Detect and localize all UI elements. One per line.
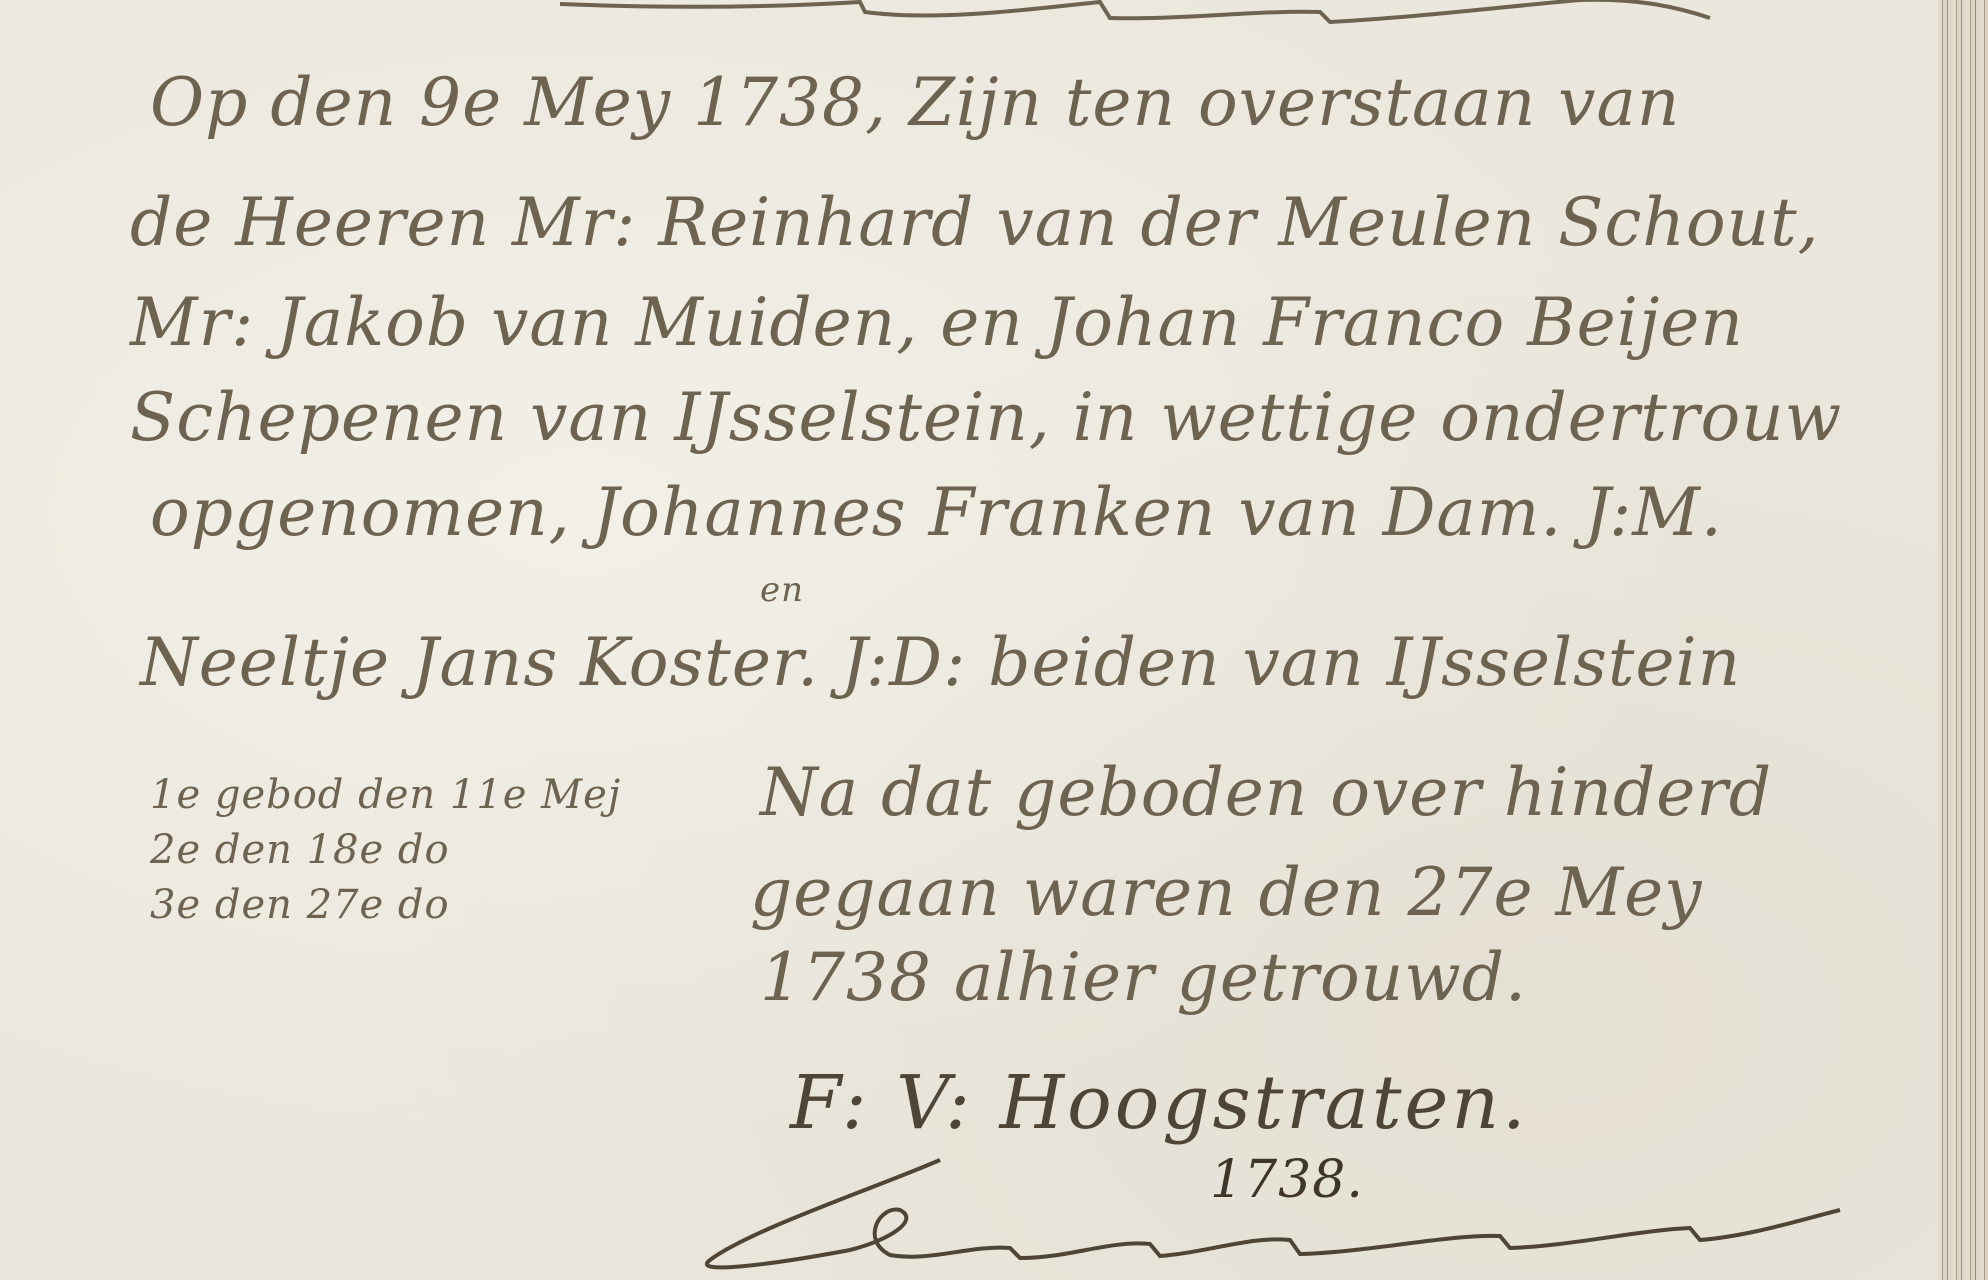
banns-line-1: 1e gebod den 11e Mej <box>150 775 621 815</box>
signature-flourish <box>690 1140 1870 1280</box>
entry-line-1: Op den 9e Mey 1738, Zijn ten overstaan v… <box>150 70 1680 136</box>
top-flourish <box>560 0 1740 40</box>
book-page-edge <box>1938 0 1988 1280</box>
marriage-note-line-3: 1738 alhier getrouwd. <box>760 945 1527 1011</box>
interlinear-en: en <box>760 570 804 610</box>
entry-line-3: Mr: Jakob van Muiden, en Johan Franco Be… <box>130 290 1744 356</box>
entry-line-5: opgenomen, Johannes Franken van Dam. J:M… <box>150 480 1723 546</box>
signature-name: F: V: Hoogstraten. <box>790 1060 1529 1146</box>
entry-line-6: Neeltje Jans Koster. J:D: beiden van IJs… <box>140 630 1741 696</box>
marriage-note-line-1: Na dat geboden over hinderd <box>760 760 1772 826</box>
banns-line-3: 3e den 27e do <box>150 885 450 925</box>
entry-line-4: Schepenen van IJsselstein, in wettige on… <box>130 385 1842 451</box>
marriage-note-line-2: gegaan waren den 27e Mey <box>750 860 1702 926</box>
register-page: Op den 9e Mey 1738, Zijn ten overstaan v… <box>0 0 1938 1280</box>
entry-line-2: de Heeren Mr: Reinhard van der Meulen Sc… <box>130 190 1820 256</box>
banns-line-2: 2e den 18e do <box>150 830 450 870</box>
